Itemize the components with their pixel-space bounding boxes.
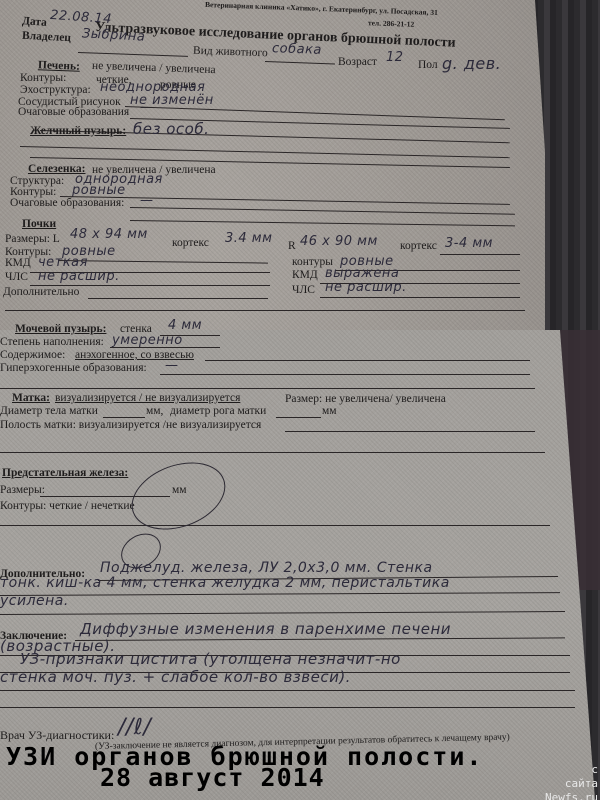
- sex-label: Пол: [418, 59, 438, 71]
- right-chls-value: не расшир.: [325, 280, 407, 295]
- right-cortex-value: 3-4 мм: [445, 236, 493, 251]
- additional-line-1: Поджелуд. железа, ЛУ 2,0х3,0 мм. Стенка: [100, 560, 433, 576]
- doctor-label: Врач УЗ-диагностики:: [0, 728, 114, 743]
- left-kmd-value: четкая: [38, 255, 88, 270]
- left-kmd-label: КМД: [5, 257, 31, 269]
- liver-contours-label: Контуры:: [20, 72, 66, 84]
- kidneys-heading: Почки: [22, 218, 56, 230]
- watermark-line-1: с: [528, 763, 598, 777]
- left-cortex-label: кортекс: [172, 237, 209, 249]
- uterus-size-text: Размер: не увеличена/ увеличена: [285, 393, 446, 405]
- uterus-mm-2: мм: [322, 405, 337, 417]
- prostate-contours-label: Контуры: четкие / нечеткие: [0, 500, 135, 512]
- uterus-horn-diam-label: диаметр рога матки: [170, 405, 266, 417]
- watermark: с сайта Newfs.ru: [528, 763, 598, 800]
- uterus-heading: Матка:: [12, 392, 50, 404]
- additional-line-3: усилена.: [0, 593, 69, 609]
- gallbladder-value: без особ.: [133, 120, 209, 138]
- bladder-heading: Мочевой пузырь:: [15, 323, 106, 335]
- uterus-visual-options: визуализируется / не визуализируется: [55, 392, 240, 404]
- bladder-fill-value: умеренно: [112, 333, 183, 348]
- clinic-phone: тел. 286-21-12: [368, 18, 415, 29]
- spleen-focal-value: —: [140, 193, 154, 208]
- uterus-body-diam-label: Диаметр тела матки: [0, 405, 98, 417]
- watermark-line-3: Newfs.ru: [528, 791, 598, 800]
- left-chls-value: не расшир.: [38, 269, 120, 284]
- right-kmd-value: выражена: [325, 266, 399, 281]
- right-cortex-label: кортекс: [400, 240, 437, 252]
- watermark-line-2: сайта: [528, 777, 598, 791]
- conclusion-line-4: стенка моч. пуз. + слабое кол-во взвеси)…: [0, 668, 351, 686]
- doctor-signature: //ℓ/: [118, 715, 151, 740]
- prostate-size-label: Размеры:: [0, 484, 45, 496]
- kidneys-extra-label: Дополнительно: [3, 286, 79, 298]
- prostate-heading: Предстательная железа:: [2, 467, 128, 479]
- left-chls-label: ЧЛС: [5, 271, 28, 283]
- kidneys-sizes-label: Размеры: L: [5, 233, 60, 245]
- owner-label: Владелец: [22, 30, 72, 45]
- right-kidney-label: R: [288, 240, 296, 252]
- uterus-cavity-label: Полость матки: визуализируется /не визуа…: [0, 419, 261, 431]
- spleen-focal-label: Очаговые образования:: [10, 197, 124, 209]
- bladder-hyper-value: —: [165, 358, 179, 373]
- bladder-contents-label: Содержимое:: [0, 349, 65, 361]
- species-value: собака: [272, 41, 322, 58]
- age-value: 12: [386, 50, 404, 65]
- bladder-hyper-label: Гиперэхогенные образования:: [0, 362, 147, 374]
- left-cortex-value: 3.4 мм: [225, 231, 272, 246]
- sex-value: g. дев.: [442, 54, 501, 73]
- species-label: Вид животного: [193, 45, 268, 60]
- right-kmd-label: КМД: [292, 269, 318, 281]
- age-label: Возраст: [338, 56, 377, 68]
- liver-heading: Печень:: [38, 59, 80, 72]
- bladder-fill-label: Степень наполнения:: [0, 336, 104, 348]
- date-label: Дата: [22, 15, 48, 29]
- bladder-wall-value: 4 мм: [168, 318, 202, 333]
- liver-echo-label: Эхоструктура:: [20, 84, 91, 96]
- left-kidney-size: 48 x 94 мм: [70, 227, 148, 242]
- caption-line-2: 28 август 2014: [100, 763, 325, 792]
- additional-line-2: тонк. киш-ка 4 мм, стенка желудка 2 мм, …: [0, 575, 450, 591]
- gallbladder-heading: Желчный пузырь:: [30, 125, 126, 137]
- conclusion-line-1: Диффузные изменения в паренхиме печени: [80, 620, 451, 638]
- right-chls-label: ЧЛС: [292, 284, 315, 296]
- liver-focal-label: Очаговые образования: [18, 106, 129, 118]
- conclusion-line-3: УЗ-признаки цистита (утолщена незначит-н…: [20, 650, 401, 668]
- uterus-mm-1: мм,: [146, 405, 163, 417]
- right-kidney-size: 46 x 90 мм: [300, 234, 378, 249]
